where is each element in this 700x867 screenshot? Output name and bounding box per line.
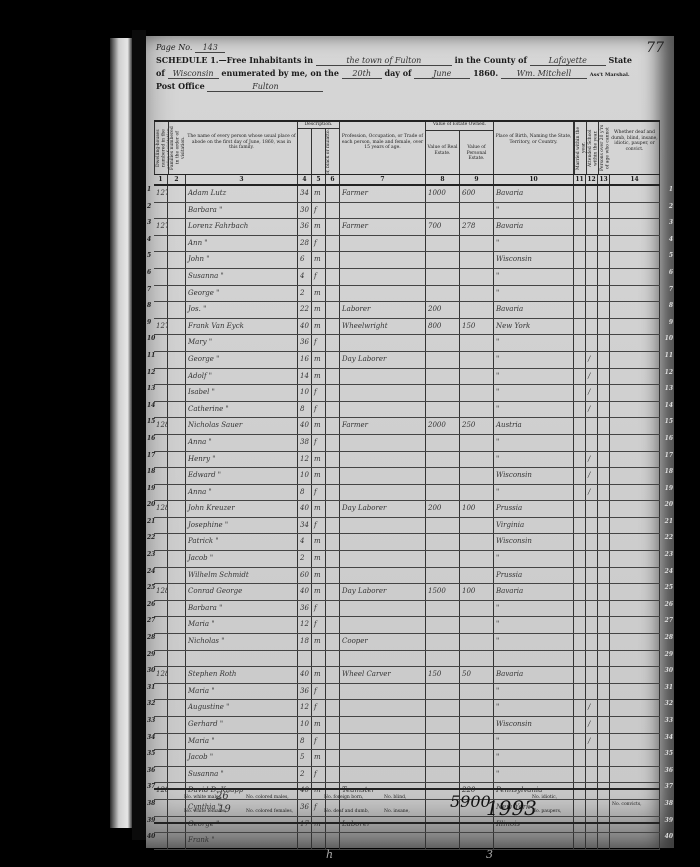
page-label: Page No. bbox=[156, 43, 192, 52]
cell-personal-estate-value bbox=[460, 452, 494, 468]
cell-person-name: Josephine " bbox=[186, 518, 298, 534]
line-number-right: 25 bbox=[665, 584, 673, 591]
cell-age: 12 bbox=[298, 452, 312, 468]
table-row: 151280Nicholas Sauer40mFarmer2000250Aust… bbox=[154, 418, 660, 435]
stamped-page-number: 77 bbox=[646, 40, 664, 56]
line-number-right: 14 bbox=[665, 402, 673, 409]
line-number: 4 bbox=[147, 236, 151, 243]
cell-dwelling-number bbox=[154, 468, 168, 484]
cell-sex: f bbox=[312, 684, 326, 700]
header-age: Age. bbox=[298, 129, 312, 175]
cell-family-number bbox=[168, 518, 186, 534]
cell-sex: m bbox=[312, 252, 326, 268]
cell-personal-estate-value: 100 bbox=[460, 584, 494, 600]
county-field: Lafayette bbox=[530, 56, 606, 66]
cell-person-name: Wilhelm Schmidt bbox=[186, 568, 298, 584]
cell-real-estate-value bbox=[426, 700, 460, 716]
cell-family-number bbox=[168, 551, 186, 567]
cell-real-estate-value bbox=[426, 617, 460, 633]
cell-married-in-year bbox=[574, 335, 586, 351]
cell-age: 2 bbox=[298, 286, 312, 302]
cell-sex: m bbox=[312, 302, 326, 318]
cell-sex: m bbox=[312, 219, 326, 235]
cell-occupation bbox=[340, 684, 426, 700]
cell-personal-estate-value bbox=[460, 352, 494, 368]
cell-married-in-year bbox=[574, 584, 586, 600]
line-number-right: 16 bbox=[665, 435, 673, 442]
cell-age: 40 bbox=[298, 501, 312, 517]
margin-note-left: h bbox=[326, 848, 333, 861]
colnum: 8 bbox=[426, 175, 460, 184]
cell-occupation bbox=[340, 750, 426, 766]
cell-birthplace: Wisconsin bbox=[494, 534, 574, 550]
cell-sex: f bbox=[312, 236, 326, 252]
cell-personal-estate-value bbox=[460, 700, 494, 716]
cell-sex: f bbox=[312, 518, 326, 534]
cell-disability bbox=[610, 551, 660, 567]
table-row: 33Gerhard "10mWisconsin/33 bbox=[154, 717, 660, 734]
cell-birthplace: Wisconsin bbox=[494, 717, 574, 733]
value-group-label: Value of Estate Owned. bbox=[426, 122, 493, 131]
white-females-count: 19 bbox=[218, 804, 231, 815]
line-number: 34 bbox=[147, 734, 155, 741]
cell-illiterate bbox=[598, 717, 610, 733]
cell-color bbox=[326, 767, 340, 783]
line-number: 28 bbox=[147, 634, 155, 641]
cell-birthplace: " bbox=[494, 700, 574, 716]
line-number-right: 32 bbox=[665, 700, 673, 707]
cell-sex: m bbox=[312, 186, 326, 202]
cell-occupation bbox=[340, 700, 426, 716]
real-estate-total: 5900 bbox=[450, 792, 491, 811]
colnum: 7 bbox=[340, 175, 426, 184]
cell-real-estate-value bbox=[426, 335, 460, 351]
cell-married-in-year bbox=[574, 667, 586, 683]
line-number: 21 bbox=[147, 518, 155, 525]
line-number: 9 bbox=[147, 319, 151, 326]
cell-sex: f bbox=[312, 617, 326, 633]
cell-disability bbox=[610, 468, 660, 484]
cell-birthplace: Bavaria bbox=[494, 584, 574, 600]
cell-color bbox=[326, 319, 340, 335]
margin-note-right: 3 bbox=[486, 848, 493, 861]
cell-disability bbox=[610, 684, 660, 700]
header-sex: Sex. bbox=[312, 129, 326, 175]
line-number-right: 20 bbox=[665, 501, 673, 508]
cell-sex: f bbox=[312, 402, 326, 418]
cell-occupation: Farmer bbox=[340, 219, 426, 235]
cell-disability bbox=[610, 236, 660, 252]
cell-attended-school: / bbox=[586, 485, 598, 501]
cell-family-number bbox=[168, 468, 186, 484]
cell-attended-school bbox=[586, 236, 598, 252]
cell-age: 8 bbox=[298, 734, 312, 750]
table-row: 6Susanna "4f"6 bbox=[154, 269, 660, 286]
colnum: 9 bbox=[460, 175, 494, 184]
cell-age: 10 bbox=[298, 468, 312, 484]
cell-birthplace: " bbox=[494, 485, 574, 501]
table-row: 19Anna "8f"/19 bbox=[154, 485, 660, 502]
cell-personal-estate-value bbox=[460, 402, 494, 418]
cell-personal-estate-value: 278 bbox=[460, 219, 494, 235]
cell-illiterate bbox=[598, 700, 610, 716]
cell-attended-school: / bbox=[586, 717, 598, 733]
day-of-label: day of bbox=[385, 68, 412, 78]
cell-married-in-year bbox=[574, 352, 586, 368]
cell-illiterate bbox=[598, 651, 610, 667]
cell-person-name: Adolf " bbox=[186, 369, 298, 385]
colnum: 11 bbox=[574, 175, 586, 184]
table-row: 2929 bbox=[154, 651, 660, 668]
cell-dwelling-number bbox=[154, 252, 168, 268]
cell-sex: m bbox=[312, 286, 326, 302]
cell-person-name: Gerhard " bbox=[186, 717, 298, 733]
cell-attended-school bbox=[586, 286, 598, 302]
line-number: 29 bbox=[147, 651, 155, 658]
cell-real-estate-value bbox=[426, 750, 460, 766]
line-number-right: 1 bbox=[669, 186, 673, 193]
cell-occupation bbox=[340, 551, 426, 567]
cell-illiterate bbox=[598, 617, 610, 633]
enumeration-line: of Wisconsin enumerated by me, on the 20… bbox=[156, 68, 630, 79]
header-family: Families numbered in the order of visita… bbox=[168, 122, 186, 174]
cell-married-in-year bbox=[574, 734, 586, 750]
cell-disability bbox=[610, 734, 660, 750]
book-gutter bbox=[132, 30, 146, 840]
cell-illiterate bbox=[598, 601, 610, 617]
cell-occupation bbox=[340, 767, 426, 783]
cell-personal-estate-value bbox=[460, 518, 494, 534]
cell-personal-estate-value bbox=[460, 335, 494, 351]
colored-males-label: No. colored males, bbox=[246, 795, 289, 800]
line-number: 18 bbox=[147, 468, 155, 475]
cell-family-number bbox=[168, 568, 186, 584]
cell-color bbox=[326, 385, 340, 401]
line-number-right: 27 bbox=[665, 617, 673, 624]
cell-illiterate bbox=[598, 186, 610, 202]
cell-age: 14 bbox=[298, 369, 312, 385]
cell-birthplace: " bbox=[494, 203, 574, 219]
cell-occupation: Day Laborer bbox=[340, 352, 426, 368]
table-row: 4Ann "28f"4 bbox=[154, 236, 660, 253]
line-number-right: 12 bbox=[665, 369, 673, 376]
cell-color bbox=[326, 717, 340, 733]
cell-illiterate bbox=[598, 203, 610, 219]
cell-sex: m bbox=[312, 501, 326, 517]
cell-color bbox=[326, 335, 340, 351]
cell-age: 12 bbox=[298, 617, 312, 633]
cell-real-estate-value: 1500 bbox=[426, 584, 460, 600]
cell-color bbox=[326, 601, 340, 617]
cell-age: 36 bbox=[298, 335, 312, 351]
cell-married-in-year bbox=[574, 717, 586, 733]
cell-age: 4 bbox=[298, 534, 312, 550]
cell-family-number bbox=[168, 833, 186, 849]
cell-family-number bbox=[168, 667, 186, 683]
cell-attended-school bbox=[586, 551, 598, 567]
table-row: 36Susanna "2f"36 bbox=[154, 767, 660, 784]
cell-attended-school bbox=[586, 684, 598, 700]
line-number: 10 bbox=[147, 335, 155, 342]
cell-real-estate-value bbox=[426, 352, 460, 368]
line-number: 16 bbox=[147, 435, 155, 442]
cell-illiterate bbox=[598, 734, 610, 750]
cell-family-number bbox=[168, 418, 186, 434]
line-number-right: 6 bbox=[669, 269, 673, 276]
cell-personal-estate-value: 50 bbox=[460, 667, 494, 683]
line-number-right: 2 bbox=[669, 203, 673, 210]
cell-real-estate-value: 1000 bbox=[426, 186, 460, 202]
cell-age: 40 bbox=[298, 319, 312, 335]
line-number-right: 28 bbox=[665, 634, 673, 641]
cell-sex: f bbox=[312, 203, 326, 219]
cell-attended-school bbox=[586, 335, 598, 351]
table-row: 8Jos. "22mLaborer200Bavaria8 bbox=[154, 302, 660, 319]
cell-real-estate-value bbox=[426, 717, 460, 733]
cell-disability bbox=[610, 319, 660, 335]
cell-family-number bbox=[168, 186, 186, 202]
cell-real-estate-value bbox=[426, 485, 460, 501]
line-number-right: 23 bbox=[665, 551, 673, 558]
cell-dwelling-number bbox=[154, 286, 168, 302]
cell-age: 28 bbox=[298, 236, 312, 252]
cell-family-number bbox=[168, 236, 186, 252]
cell-family-number bbox=[168, 203, 186, 219]
cell-married-in-year bbox=[574, 833, 586, 849]
table-row: 18Edward "10mWisconsin/18 bbox=[154, 468, 660, 485]
cell-dwelling-number bbox=[154, 302, 168, 318]
cell-person-name: George " bbox=[186, 286, 298, 302]
colnum: 6 bbox=[326, 175, 340, 184]
cell-age: 60 bbox=[298, 568, 312, 584]
cell-married-in-year bbox=[574, 485, 586, 501]
cell-age: 40 bbox=[298, 667, 312, 683]
table-row: 40Frank "40 bbox=[154, 833, 660, 850]
cell-family-number bbox=[168, 700, 186, 716]
cell-family-number bbox=[168, 335, 186, 351]
white-males-count: 26 bbox=[216, 791, 229, 802]
table-row: 21Josephine "34fVirginia21 bbox=[154, 518, 660, 535]
table-row: 26Barbara "36f"26 bbox=[154, 601, 660, 618]
day-field: 20th bbox=[342, 69, 382, 79]
cell-occupation bbox=[340, 435, 426, 451]
cell-dwelling-number: 1280 bbox=[154, 418, 168, 434]
cell-illiterate bbox=[598, 634, 610, 650]
cell-birthplace: " bbox=[494, 335, 574, 351]
cell-real-estate-value bbox=[426, 452, 460, 468]
cell-married-in-year bbox=[574, 452, 586, 468]
cell-attended-school bbox=[586, 534, 598, 550]
line-number-right: 34 bbox=[665, 734, 673, 741]
cell-sex: f bbox=[312, 700, 326, 716]
cell-disability bbox=[610, 518, 660, 534]
cell-birthplace: Wisconsin bbox=[494, 252, 574, 268]
cell-married-in-year bbox=[574, 435, 586, 451]
deaf-dumb-label: No. deaf and dumb, bbox=[324, 809, 369, 814]
line-number: 36 bbox=[147, 767, 155, 774]
cell-birthplace: " bbox=[494, 551, 574, 567]
cell-person-name: Nicholas Sauer bbox=[186, 418, 298, 434]
cell-sex: m bbox=[312, 534, 326, 550]
cell-attended-school bbox=[586, 651, 598, 667]
cell-sex: m bbox=[312, 717, 326, 733]
line-number: 5 bbox=[147, 252, 151, 259]
cell-disability bbox=[610, 568, 660, 584]
cell-dwelling-number bbox=[154, 335, 168, 351]
cell-family-number bbox=[168, 501, 186, 517]
cell-married-in-year bbox=[574, 617, 586, 633]
cell-occupation bbox=[340, 369, 426, 385]
cell-occupation: Day Laborer bbox=[340, 584, 426, 600]
cell-person-name: Frank " bbox=[186, 833, 298, 849]
cell-family-number bbox=[168, 452, 186, 468]
cell-dwelling-number bbox=[154, 750, 168, 766]
cell-occupation bbox=[340, 717, 426, 733]
cell-person-name: John " bbox=[186, 252, 298, 268]
cell-family-number bbox=[168, 219, 186, 235]
cell-illiterate bbox=[598, 252, 610, 268]
cell-color bbox=[326, 568, 340, 584]
cell-birthplace: " bbox=[494, 435, 574, 451]
line-number: 40 bbox=[147, 833, 155, 840]
line-number: 26 bbox=[147, 601, 155, 608]
cell-personal-estate-value bbox=[460, 601, 494, 617]
cell-disability bbox=[610, 203, 660, 219]
line-number-right: 9 bbox=[669, 319, 673, 326]
column-numbers: 1 2 3 4 5 6 7 8 9 10 11 12 13 14 bbox=[154, 175, 660, 186]
cell-person-name: Frank Van Eyck bbox=[186, 319, 298, 335]
cell-disability bbox=[610, 833, 660, 849]
cell-disability bbox=[610, 186, 660, 202]
cell-occupation bbox=[340, 335, 426, 351]
cell-illiterate bbox=[598, 501, 610, 517]
line-number-right: 22 bbox=[665, 534, 673, 541]
cell-birthplace: " bbox=[494, 617, 574, 633]
cell-disability bbox=[610, 767, 660, 783]
line-number: 12 bbox=[147, 369, 155, 376]
cell-dwelling-number bbox=[154, 767, 168, 783]
cell-attended-school bbox=[586, 667, 598, 683]
cell-sex: f bbox=[312, 601, 326, 617]
cell-personal-estate-value bbox=[460, 286, 494, 302]
cell-personal-estate-value bbox=[460, 534, 494, 550]
cell-color bbox=[326, 534, 340, 550]
cell-disability bbox=[610, 485, 660, 501]
cell-person-name: Susanna " bbox=[186, 269, 298, 285]
cell-birthplace: Austria bbox=[494, 418, 574, 434]
cell-person-name: Jos. " bbox=[186, 302, 298, 318]
cell-person-name: Anna " bbox=[186, 485, 298, 501]
cell-real-estate-value bbox=[426, 203, 460, 219]
cell-family-number bbox=[168, 402, 186, 418]
cell-disability bbox=[610, 286, 660, 302]
cell-sex: f bbox=[312, 734, 326, 750]
cell-real-estate-value bbox=[426, 236, 460, 252]
table-row: 32Augustine "12f"/32 bbox=[154, 700, 660, 717]
cell-family-number bbox=[168, 534, 186, 550]
convicts-label: No. convicts, bbox=[612, 802, 642, 807]
cell-disability bbox=[610, 385, 660, 401]
header-occupation: Profession, Occupation, or Trade of each… bbox=[340, 122, 426, 174]
schedule-title: SCHEDULE 1.—Free Inhabitants in bbox=[156, 55, 313, 65]
cell-illiterate bbox=[598, 385, 610, 401]
header-personal-estate: Value of Personal Estate. bbox=[460, 131, 493, 174]
cell-family-number bbox=[168, 634, 186, 650]
cell-illiterate bbox=[598, 584, 610, 600]
blind-label: No. blind, bbox=[384, 795, 406, 800]
cell-color bbox=[326, 468, 340, 484]
cell-color bbox=[326, 833, 340, 849]
cell-occupation: Farmer bbox=[340, 186, 426, 202]
cell-color bbox=[326, 236, 340, 252]
cell-occupation bbox=[340, 452, 426, 468]
header-illiterate: Persons over 20 y'rs of age who cannot r… bbox=[598, 122, 610, 174]
cell-dwelling-number: 1279 bbox=[154, 319, 168, 335]
cell-birthplace: " bbox=[494, 601, 574, 617]
cell-color bbox=[326, 501, 340, 517]
line-number: 6 bbox=[147, 269, 151, 276]
table-row: 7George "2m"7 bbox=[154, 286, 660, 303]
cell-attended-school: / bbox=[586, 700, 598, 716]
cell-person-name: Stephen Roth bbox=[186, 667, 298, 683]
cell-disability bbox=[610, 717, 660, 733]
header-real-estate: Value of Real Estate. bbox=[426, 131, 460, 174]
county-label: in the County of bbox=[455, 55, 527, 65]
cell-disability bbox=[610, 750, 660, 766]
line-number-right: 29 bbox=[665, 651, 673, 658]
cell-birthplace: Bavaria bbox=[494, 186, 574, 202]
cell-age: 34 bbox=[298, 518, 312, 534]
cell-birthplace: Bavaria bbox=[494, 667, 574, 683]
cell-age: 30 bbox=[298, 203, 312, 219]
cell-married-in-year bbox=[574, 551, 586, 567]
cell-illiterate bbox=[598, 335, 610, 351]
page-number-line: Page No. 143 bbox=[156, 42, 225, 53]
cell-real-estate-value: 700 bbox=[426, 219, 460, 235]
cell-birthplace bbox=[494, 651, 574, 667]
line-number-right: 21 bbox=[665, 518, 673, 525]
cell-married-in-year bbox=[574, 518, 586, 534]
cell-real-estate-value: 150 bbox=[426, 667, 460, 683]
cell-personal-estate-value bbox=[460, 767, 494, 783]
cell-attended-school bbox=[586, 302, 598, 318]
cell-age: 8 bbox=[298, 402, 312, 418]
cell-personal-estate-value bbox=[460, 684, 494, 700]
table-row: 34Maria "8f"/34 bbox=[154, 734, 660, 751]
header-value-group: Value of Estate Owned. Value of Real Est… bbox=[426, 122, 494, 174]
cell-attended-school bbox=[586, 501, 598, 517]
table-row: 23Jacob "2m"23 bbox=[154, 551, 660, 568]
cell-color bbox=[326, 584, 340, 600]
line-number: 8 bbox=[147, 302, 151, 309]
line-number-right: 18 bbox=[665, 468, 673, 475]
cell-personal-estate-value bbox=[460, 385, 494, 401]
cell-family-number bbox=[168, 485, 186, 501]
table-row: 24Wilhelm Schmidt60mPrussia24 bbox=[154, 568, 660, 585]
cell-occupation bbox=[340, 236, 426, 252]
cell-person-name: Barbara " bbox=[186, 601, 298, 617]
line-number-right: 35 bbox=[665, 750, 673, 757]
idiotic-label: No. idiotic, bbox=[532, 795, 557, 800]
line-number: 33 bbox=[147, 717, 155, 724]
cell-dwelling-number bbox=[154, 833, 168, 849]
cell-real-estate-value bbox=[426, 833, 460, 849]
cell-age: 36 bbox=[298, 684, 312, 700]
cell-age bbox=[298, 651, 312, 667]
header-school: Attended School within the year. bbox=[586, 122, 598, 174]
cell-birthplace: " bbox=[494, 452, 574, 468]
cell-attended-school: / bbox=[586, 352, 598, 368]
